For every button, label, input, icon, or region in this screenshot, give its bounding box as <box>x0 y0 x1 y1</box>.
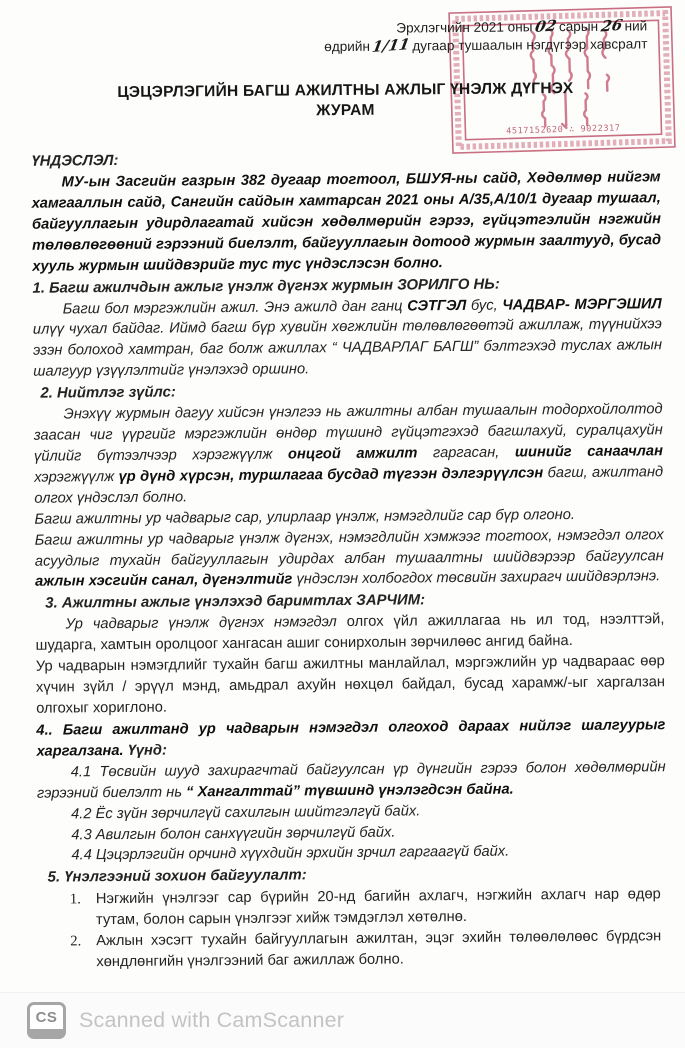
text-segment: илүү чухал байдаг. Иймд багш бүр хувийн … <box>33 317 662 380</box>
text-segment: 26 <box>599 17 623 36</box>
text-segment: Багш бол мэргэжлийн ажил. Энэ ажилд дан … <box>63 298 408 317</box>
list-item-number: 1. <box>70 890 96 932</box>
text-segment: Багш ажилтны ур чадварыг үнэлж дүгнэх, н… <box>35 527 664 569</box>
text-segment: ЧАДВАР- МЭРГЭШИЛ <box>502 296 661 313</box>
text-segment: МУ-ын Засгийн газрын 382 дугаар тогтоол,… <box>32 169 661 274</box>
camscanner-label: Scanned with CamScanner <box>79 1008 344 1033</box>
section4-item-41: 4.1 Төсвийн шууд захирагчтай байгуулсан … <box>37 757 666 804</box>
document-title: ЦЭЦЭРЛЭГИЙН БАГШ АЖИЛТНЫ АЖЛЫГ ҮНЭЛЖ ДҮГ… <box>31 78 660 123</box>
text-segment: гаргасан, <box>417 444 515 461</box>
text-segment: Эрхлэгчийн 2021 оны <box>396 19 536 35</box>
list-item-text: Ажлын хэсэгт тухайн байгууллагын ажилтан… <box>96 926 667 973</box>
list-item-text: Нэгжийн үнэлгээг сар бүрийн 20-нд багийн… <box>96 885 667 932</box>
section3-paragraph-1: Ур чадварыг үнэлж дүгнэх нэмэгдэл олгох … <box>35 610 664 657</box>
text-segment: 1/11 <box>371 36 411 56</box>
text-segment: ний <box>621 18 648 33</box>
text-segment: шинийг санаачлан <box>515 443 663 460</box>
text-segment: “ Хангалттай” <box>186 783 300 800</box>
text-segment: Ур чадварыг үнэлж дүгнэх нэмэгдэл <box>65 614 336 632</box>
section2-paragraph-1: Энэхүү журмын дагуу хийсэн үнэлгээ нь аж… <box>34 399 664 509</box>
text-segment: 4.2 Ёс зүйн зөрчилгүй сахилгын шийтгэлгү… <box>71 803 420 822</box>
section3-paragraph-2: Ур чадварын нэмэгдлийг тухайн багш ажилт… <box>36 651 666 719</box>
text-segment: 02 <box>534 17 558 36</box>
text-segment: Багш ажилтны ур чадварыг сар, улирлаар ү… <box>34 507 575 528</box>
text-segment: СЭТГЭЛ <box>407 297 466 314</box>
text-segment: сарын <box>555 19 602 34</box>
text-segment: Үүнд: <box>124 742 167 758</box>
undeslel-paragraph: МУ-ын Засгийн газрын 382 дугаар тогтоол,… <box>31 167 661 277</box>
text-segment: онцгой амжилт <box>288 445 418 462</box>
text-segment: түвшинд үнэлэгдсэн байна. <box>300 781 514 799</box>
scanned-document-page: 4517152620 ∴ 9022317 Эрхлэгчийн 2021 оны… <box>0 0 685 1048</box>
footer-bar: CS Scanned with CamScanner <box>0 992 685 1048</box>
scan-content: Эрхлэгчийн 2021 оны 02 сарын 26 ний өдри… <box>0 0 685 974</box>
text-segment: ажлын хэсгийн санал, дүгнэлтийг <box>35 572 292 590</box>
section1-paragraph: Багш бол мэргэжлийн ажил. Энэ ажилд дан … <box>33 294 663 383</box>
list-item: 2. Ажлын хэсэгт тухайн байгууллагын ажил… <box>70 926 667 973</box>
text-segment: дугаар тушаалын нэгдүгээр хавсралт <box>408 36 647 53</box>
text-segment: 4.3 Авилгын болон санхүүгийн зөрчилгүй б… <box>71 824 395 843</box>
text-segment: Ур чадварын нэмэгдлийг тухайн багш ажилт… <box>36 653 665 716</box>
text-segment: үр дүнд хүрсэн, туршлагаа бусдад түгээн … <box>119 465 544 485</box>
section4-heading: 4.. Багш ажилтанд ур чадварын нэмэгдэл о… <box>36 715 665 762</box>
text-segment: 4.4 Цэцэрлэгийн орчинд хүүхдийн эрхийн з… <box>71 844 509 864</box>
text-segment: өдрийн <box>324 38 374 53</box>
text-segment: үндэслэн холбогдох төсвийн захирагч шийд… <box>292 569 660 588</box>
section2-paragraph-3: Багш ажилтны ур чадварыг үнэлж дүгнэх, н… <box>35 525 665 593</box>
text-segment: хэрэгжүүлж <box>34 469 119 486</box>
list-item-number: 2. <box>70 931 96 973</box>
text-segment: бус, <box>466 297 502 313</box>
section5-list: 1. Нэгжийн үнэлгээг сар бүрийн 20-нд баг… <box>70 885 668 974</box>
list-item: 1. Нэгжийн үнэлгээг сар бүрийн 20-нд баг… <box>70 885 667 932</box>
camscanner-logo-icon: CS <box>27 1002 66 1039</box>
header-note: Эрхлэгчийн 2021 оны 02 сарын 26 ний өдри… <box>30 17 659 57</box>
